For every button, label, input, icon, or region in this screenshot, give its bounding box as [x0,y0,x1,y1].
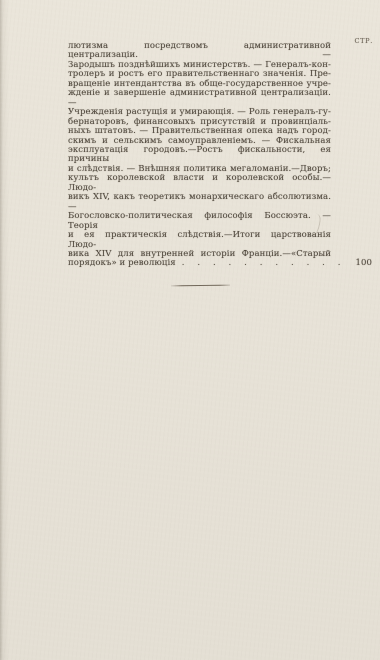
toc-line: и ея практическія слѣдствія.—Итоги царст… [68,231,331,250]
toc-line: жденіе и завершеніе административной цен… [68,89,331,108]
toc-line: культъ королевской власти и королевской … [68,174,331,193]
page-column-header: СТР. [354,37,373,45]
book-page: СТР. лютизма посредствомъ административн… [0,0,380,660]
toc-entry: лютизма посредствомъ административной це… [68,42,331,269]
toc-line: Богословско-политическая философія Боссю… [68,212,331,231]
toc-line: эксплуатація городовъ.—Ростъ фискальност… [68,146,331,165]
toc-last-line: порядокъ» и революція . . . . . . . . . … [68,259,372,268]
toc-last-line-text: порядокъ» и революція [68,259,176,268]
toc-line: викъ XIV, какъ теоретикъ монархическаго … [68,193,331,212]
dot-leader: . . . . . . . . . . . . [182,259,351,268]
section-divider [171,285,230,287]
toc-line: лютизма посредствомъ административной це… [68,42,331,61]
page-number: 100 [355,259,372,268]
